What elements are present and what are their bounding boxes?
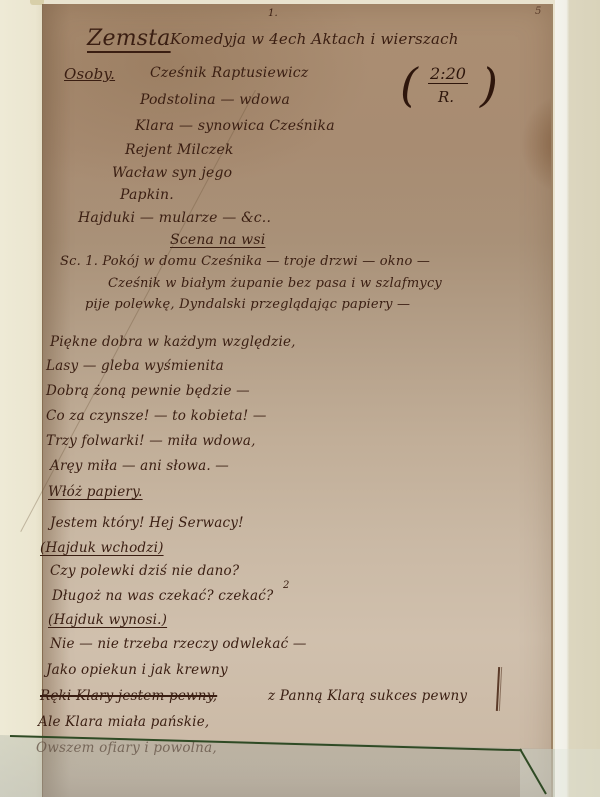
verse-line: Jestem który! Hej Serwacy!	[50, 515, 244, 531]
person-item: Hajduki — mularze — &c..	[78, 210, 271, 226]
struck-verse-line: Ręki Klary jestem pewny,	[40, 688, 217, 704]
verse-line: Jako opiekun i jak krewny	[46, 662, 228, 678]
verse-line: Nie — nie trzeba rzeczy odwlekać —	[50, 636, 307, 652]
verse-line: Piękne dobra w każdym względzie,	[50, 334, 296, 350]
verse-line: Dobrą żoną pewnie będzie —	[46, 383, 250, 399]
display-wall-left	[0, 0, 44, 797]
stage-direction: (Hajduk wynosi.)	[48, 612, 167, 628]
margin-correction: z Panną Klarą sukces pewny	[268, 688, 467, 704]
play-title: Zemsta	[87, 26, 171, 51]
catalog-note: ( 2:20 R. )	[400, 62, 500, 114]
verse-line: Trzy folwarki! — miła wdowa,	[46, 433, 256, 449]
persons-label: Osoby.	[64, 65, 115, 83]
scene-direction-line: Cześnik w białym żupanie bez pasa i w sz…	[108, 276, 442, 291]
stage-direction: (Hajduk wchodzi)	[40, 540, 164, 556]
display-wall-right	[555, 0, 600, 797]
verse-line: Lasy — gleba wyśmienita	[46, 358, 224, 374]
verse-line: Ale Klara miała pańskie,	[38, 714, 209, 730]
verse-line: Czy polewki dziś nie dano?	[50, 563, 239, 579]
person-item: Podstolina — wdowa	[140, 92, 290, 108]
catalog-note-denominator: R.	[438, 88, 454, 106]
superscript-mark: 2	[283, 580, 290, 591]
person-item: Klara — synowica Cześnika	[135, 118, 335, 134]
header-mark: 1.	[268, 8, 278, 19]
close-paren: )	[480, 58, 498, 112]
open-paren: (	[400, 58, 418, 112]
verse-line: Długoż na was czekać? czekać?	[52, 588, 273, 604]
play-subtitle: Komedyja w 4ech Aktach i wierszach	[170, 30, 459, 48]
verse-line: Co za czynsze! — to kobieta! —	[46, 408, 267, 424]
person-item: Papkin.	[120, 187, 174, 203]
verse-line: Aręy miła — ani słowa. —	[50, 458, 229, 474]
scene-direction-line: Sc. 1. Pokój w domu Cześnika — troje drz…	[60, 254, 430, 269]
catalog-note-numerator: 2:20	[428, 64, 468, 84]
scene-direction-line: pije polewkę, Dyndalski przeglądając pap…	[85, 297, 410, 312]
person-item: Wacław syn jego	[112, 165, 232, 181]
verse-line: Włóż papiery.	[48, 484, 143, 500]
page-number: 5	[535, 6, 542, 17]
person-item: Rejent Milczek	[125, 142, 234, 158]
setting-line: Scena na wsi	[170, 232, 265, 248]
person-item: Cześnik Raptusiewicz	[150, 65, 308, 81]
page-edge-shadow	[42, 4, 70, 797]
